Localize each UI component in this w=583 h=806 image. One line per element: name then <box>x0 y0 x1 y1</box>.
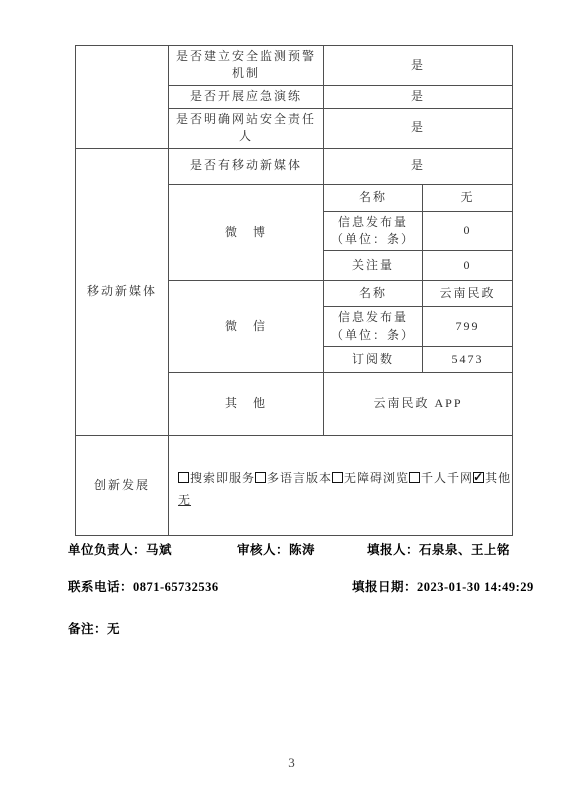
other-media-label: 其 他 <box>169 373 324 436</box>
innovation-cell: 搜索即服务多语言版本无障碍浏览千人千网其他 无 <box>169 436 513 536</box>
checkbox-other-label: 其他 <box>485 471 511 485</box>
innovation-other-value: 无 <box>178 492 504 509</box>
checkbox-other-icon[interactable] <box>473 472 484 483</box>
wechat-subs-label: 订阅数 <box>324 347 423 373</box>
question-emergency-drill: 是否开展应急演练 <box>169 85 324 108</box>
question-has-mobile-media: 是否有移动新媒体 <box>169 148 324 184</box>
document-page: 是否建立安全监测预警 机制 是 是否开展应急演练 是 是否明确网站安全责任人 是… <box>0 0 583 806</box>
wechat-name-label: 名称 <box>324 281 423 307</box>
answer-security-person: 是 <box>324 108 513 148</box>
report-table: 是否建立安全监测预警 机制 是 是否开展应急演练 是 是否明确网站安全责任人 是… <box>75 45 513 536</box>
answer-has-mobile-media: 是 <box>324 148 513 184</box>
report-date: 填报日期：2023-01-30 14:49:29 <box>352 577 534 595</box>
filler: 填报人：石泉泉、王上铭 <box>367 540 510 558</box>
wechat-subs-value: 5473 <box>423 347 513 373</box>
weibo-followers-label: 关注量 <box>324 251 423 281</box>
wechat-posts-label: 信息发布量 （单位：条） <box>324 307 423 347</box>
question-security-person: 是否明确网站安全责任人 <box>169 108 324 148</box>
checkbox-multilang-icon[interactable] <box>255 472 266 483</box>
wechat-label: 微 信 <box>169 281 324 373</box>
checkbox-search-service-label: 搜索即服务 <box>190 471 255 485</box>
weibo-posts-value: 0 <box>423 211 513 251</box>
wechat-posts-value: 799 <box>423 307 513 347</box>
weibo-name-value: 无 <box>423 184 513 211</box>
wechat-name-value: 云南民政 <box>423 281 513 307</box>
checkbox-multilang-label: 多语言版本 <box>267 471 332 485</box>
checkbox-personalized-icon[interactable] <box>409 472 420 483</box>
unit-head: 单位负责人：马斌 <box>68 540 172 558</box>
weibo-followers-value: 0 <box>423 251 513 281</box>
remark: 备注：无 <box>68 619 120 637</box>
contact-phone: 联系电话：0871-65732536 <box>68 577 219 595</box>
weibo-name-label: 名称 <box>324 184 423 211</box>
checkbox-accessibility-icon[interactable] <box>332 472 343 483</box>
page-number: 3 <box>0 755 583 771</box>
answer-emergency-drill: 是 <box>324 85 513 108</box>
other-media-value: 云南民政 APP <box>324 373 513 436</box>
question-monitor-warning: 是否建立安全监测预警 机制 <box>169 46 324 86</box>
section-cell-blank <box>76 46 169 149</box>
checkbox-search-service-icon[interactable] <box>178 472 189 483</box>
section-label-mobile-media: 移动新媒体 <box>76 148 169 436</box>
innovation-options-line: 搜索即服务多语言版本无障碍浏览千人千网其他 <box>178 471 511 485</box>
reviewer: 审核人：陈涛 <box>237 540 315 558</box>
checkbox-accessibility-label: 无障碍浏览 <box>344 471 409 485</box>
section-label-innovation: 创新发展 <box>76 436 169 536</box>
answer-monitor-warning: 是 <box>324 46 513 86</box>
checkbox-personalized-label: 千人千网 <box>421 471 473 485</box>
weibo-posts-label: 信息发布量 （单位：条） <box>324 211 423 251</box>
weibo-label: 微 博 <box>169 184 324 281</box>
